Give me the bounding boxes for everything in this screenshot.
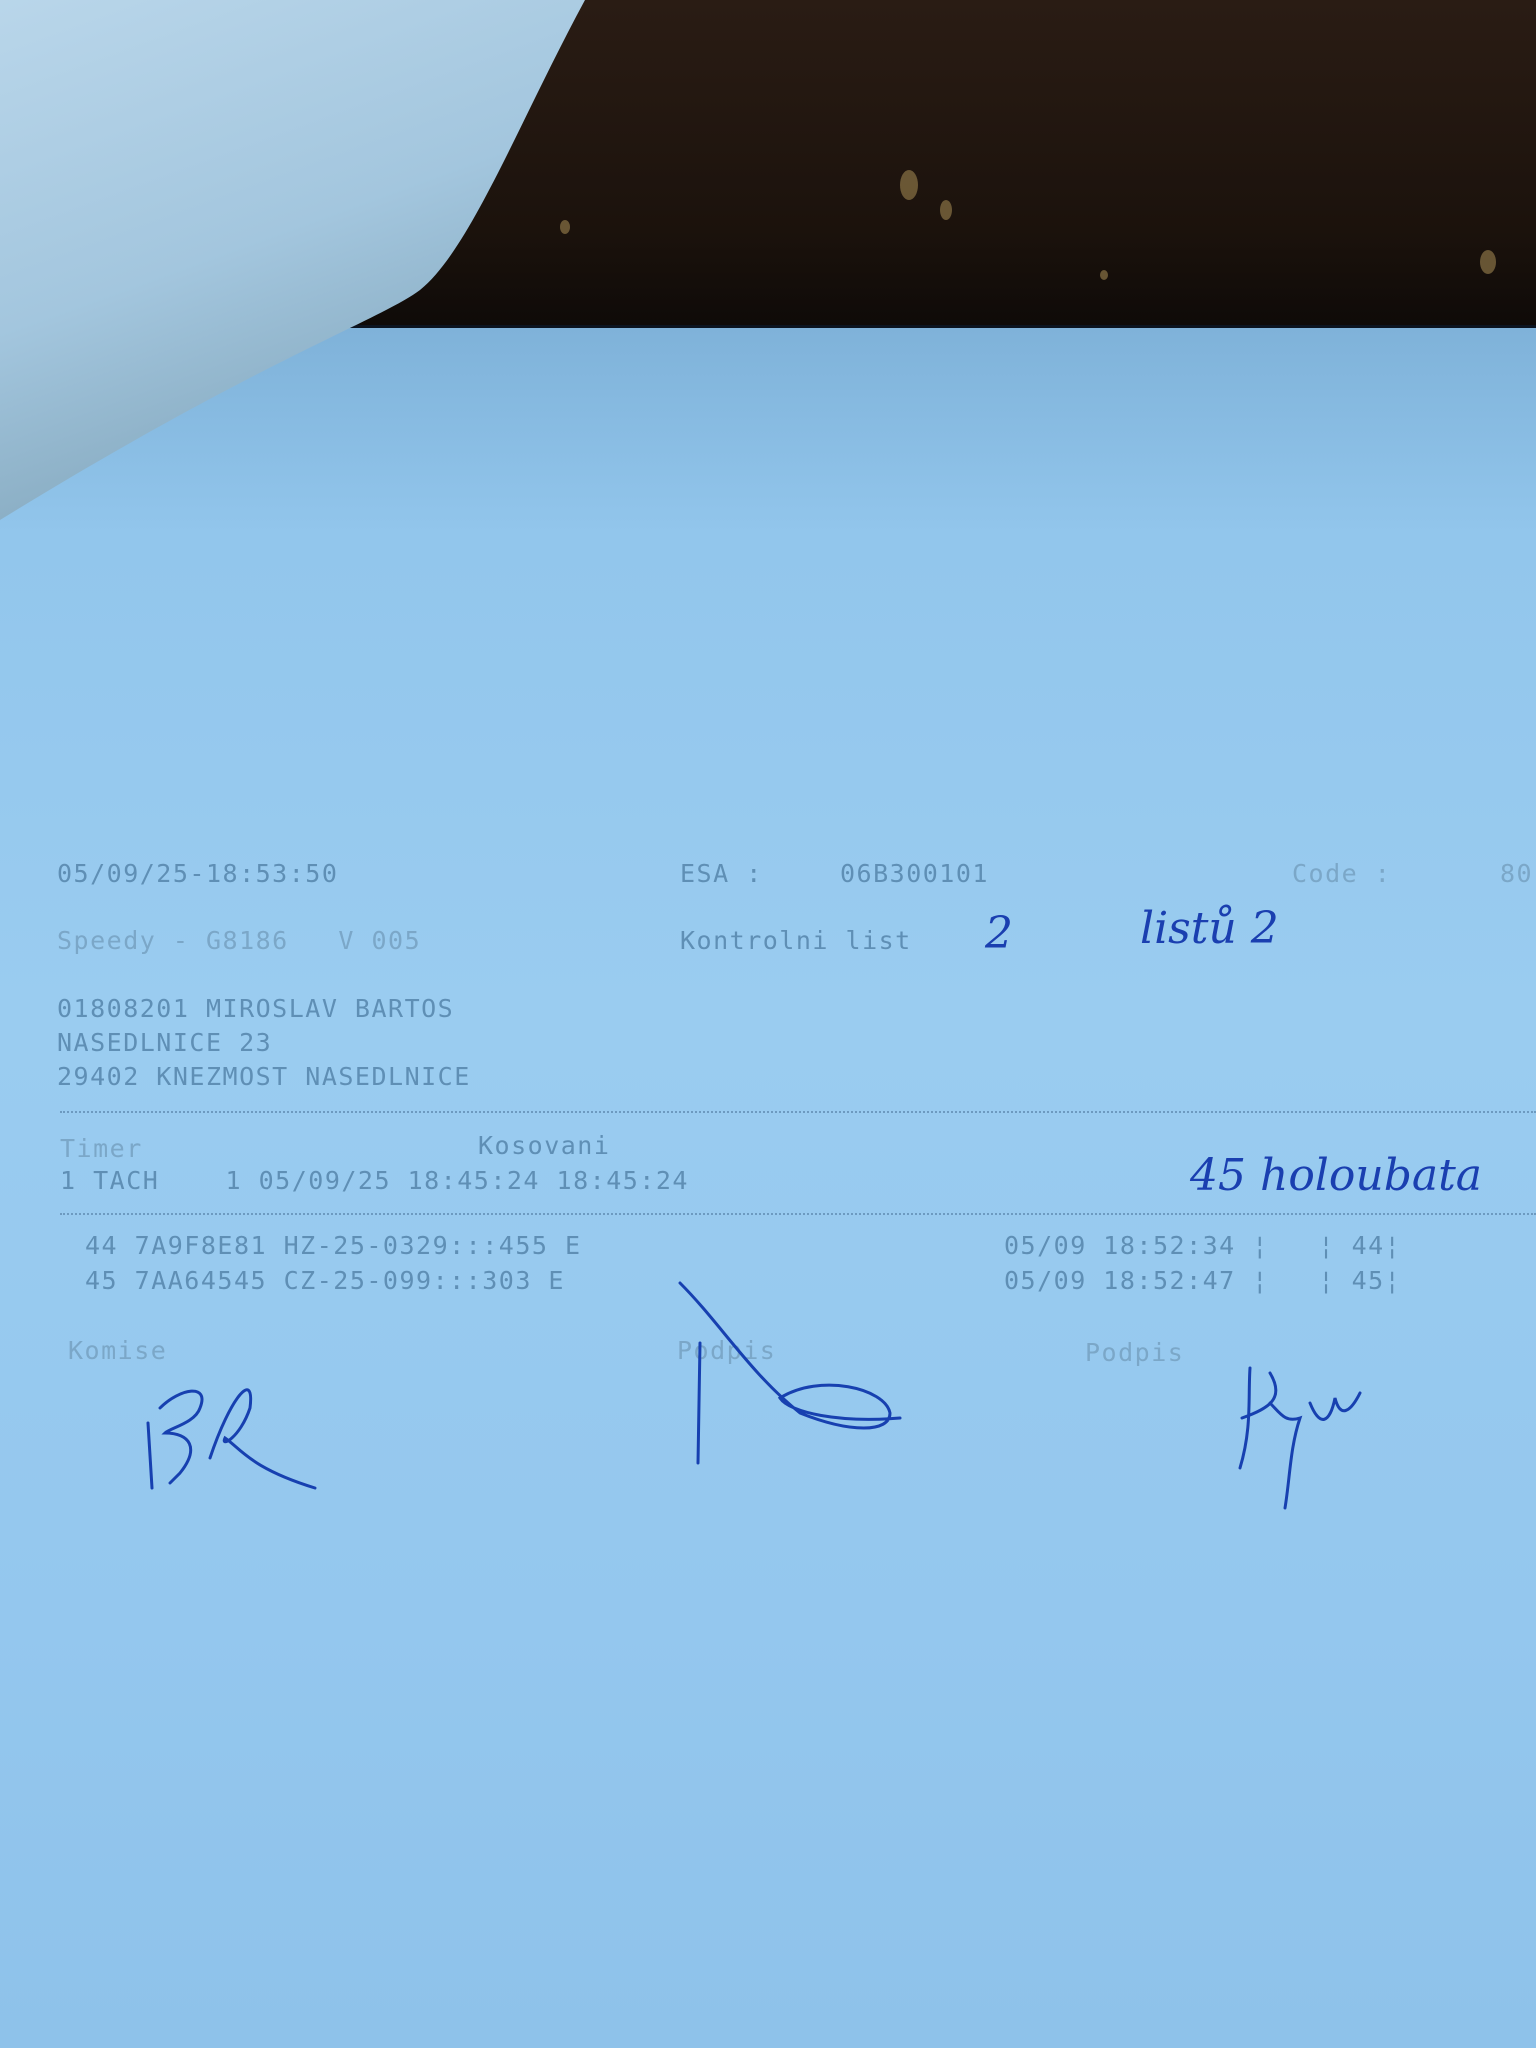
code-label: Code : <box>1292 861 1391 886</box>
esa-value: 06B300101 <box>840 861 989 886</box>
podpis-label-2: Podpis <box>1085 1340 1184 1365</box>
print-datetime: 05/09/25-18:53:50 <box>57 861 338 886</box>
handwritten-pigeon-count: 45 holoubata <box>1190 1150 1482 1201</box>
entry-row-right: 05/09 18:52:47 ¦ ¦ 45¦ <box>1004 1268 1401 1293</box>
divider-bottom <box>60 1213 1536 1215</box>
owner-line-3: 29402 KNEZMOST NASEDLNICE <box>57 1064 471 1089</box>
handwritten-list-number: 2 <box>985 908 1013 959</box>
owner-line-1: 01808201 MIROSLAV BARTOS <box>57 996 454 1021</box>
handwritten-sheet-count: listů 2 <box>1140 903 1279 954</box>
entry-row-left: 45 7AA64545 CZ-25-099:::303 E <box>85 1268 565 1293</box>
owner-line-2: NASEDLNICE 23 <box>57 1030 272 1055</box>
entry-row-left: 44 7A9F8E81 HZ-25-0329:::455 E <box>85 1233 582 1258</box>
signature-podpis-1 <box>680 1283 920 1483</box>
esa-label: ESA : <box>680 861 763 886</box>
timer-row: 1 TACH 1 05/09/25 18:45:24 18:45:24 <box>60 1168 689 1193</box>
kosovani-label: Kosovani <box>478 1133 610 1158</box>
program-version: Speedy - G8186 V 005 <box>57 928 421 953</box>
printed-control-sheet: 05/09/25-18:53:50 ESA : 06B300101 Code :… <box>0 325 1536 2048</box>
signature-komise <box>140 1378 340 1498</box>
timer-label: Timer <box>60 1136 143 1161</box>
komise-label: Komise <box>68 1338 167 1363</box>
code-value: 80 <box>1500 861 1533 886</box>
signature-podpis-2 <box>1230 1368 1430 1508</box>
entry-row-right: 05/09 18:52:34 ¦ ¦ 44¦ <box>1004 1233 1401 1258</box>
control-list-label: Kontrolni list <box>680 928 912 953</box>
divider-top <box>60 1111 1536 1113</box>
